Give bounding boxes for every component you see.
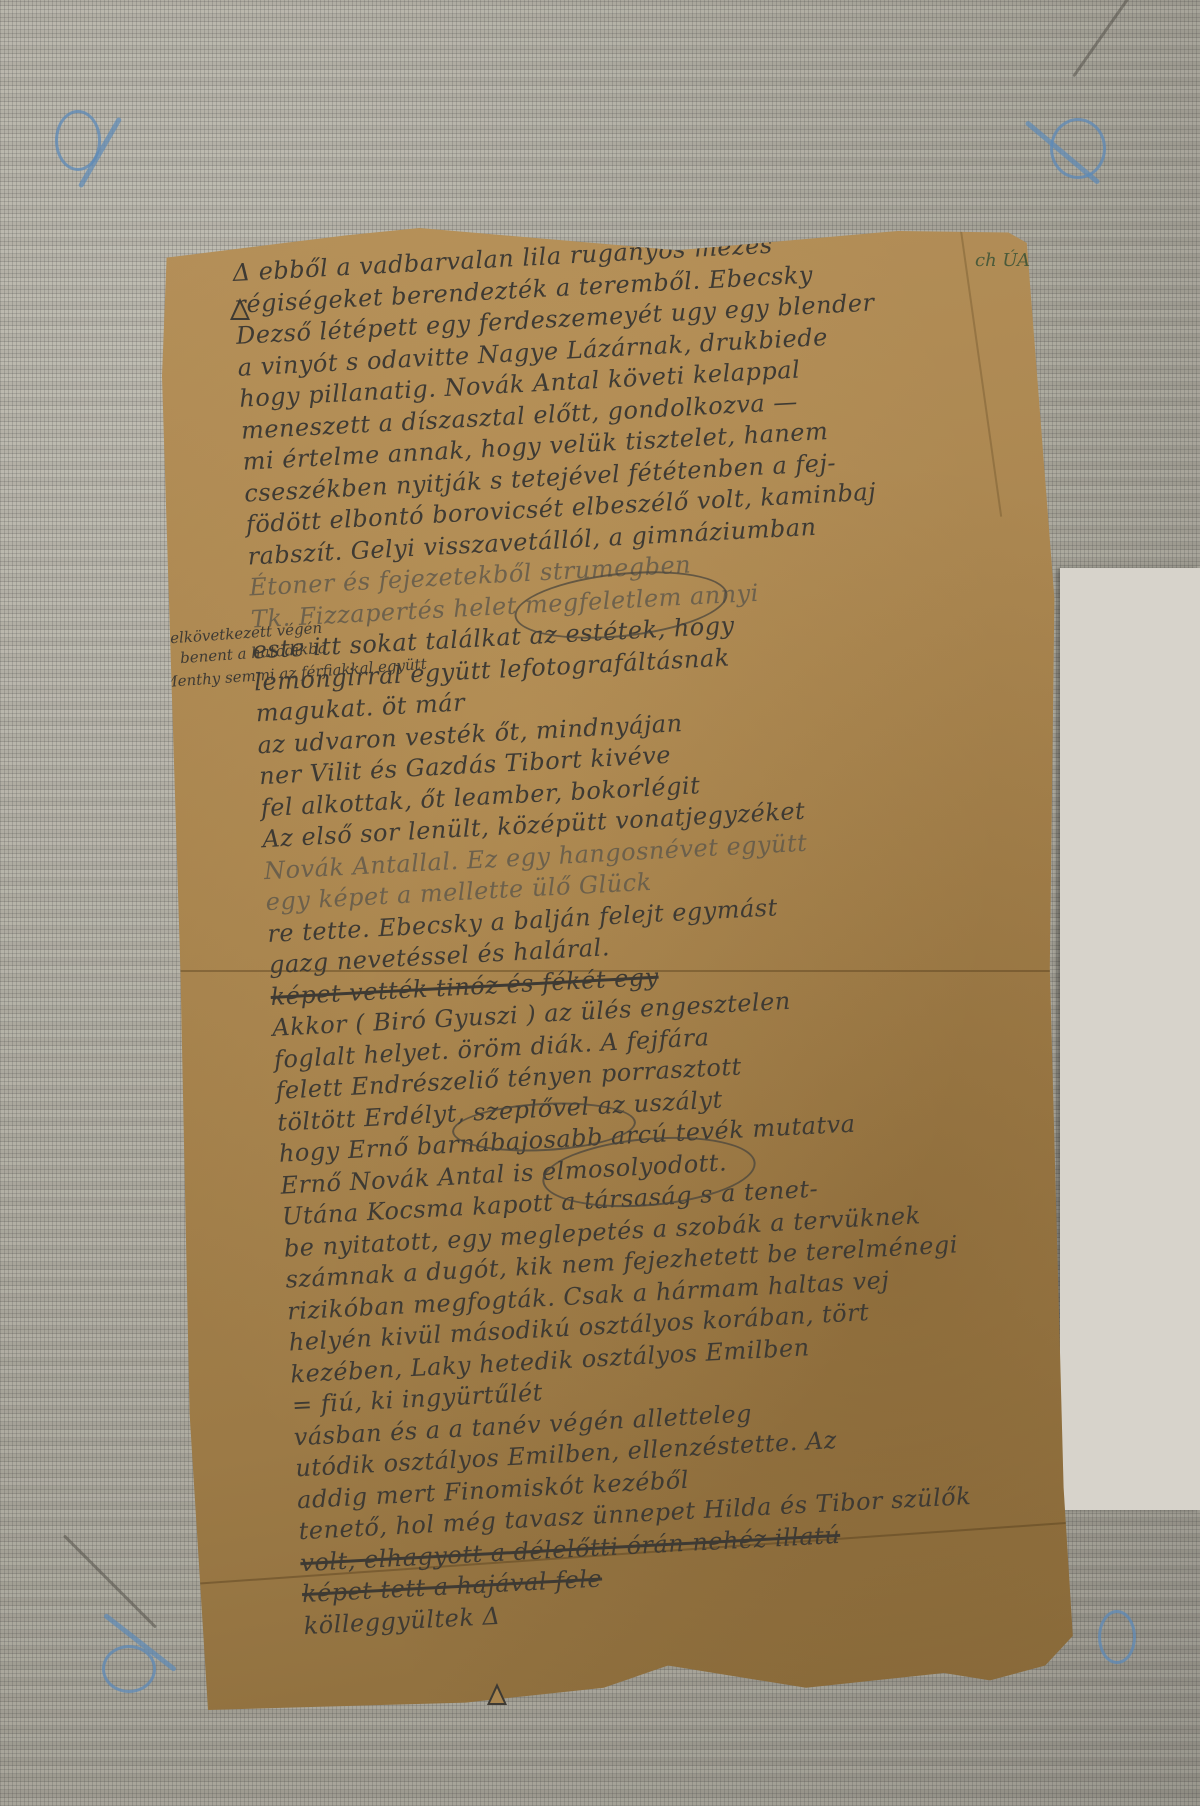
white-reference-card (1060, 568, 1200, 1510)
manuscript-page: Δ ebből a vadbarvalan lila ruganyos méze… (162, 228, 1082, 1710)
insertion-triangle-icon (487, 1683, 507, 1705)
corner-note: ch ÚA (975, 250, 1030, 271)
insertion-triangle-icon (230, 298, 250, 320)
manuscript-text: Δ ebből a vadbarvalan lila ruganyos méze… (232, 216, 1113, 1642)
